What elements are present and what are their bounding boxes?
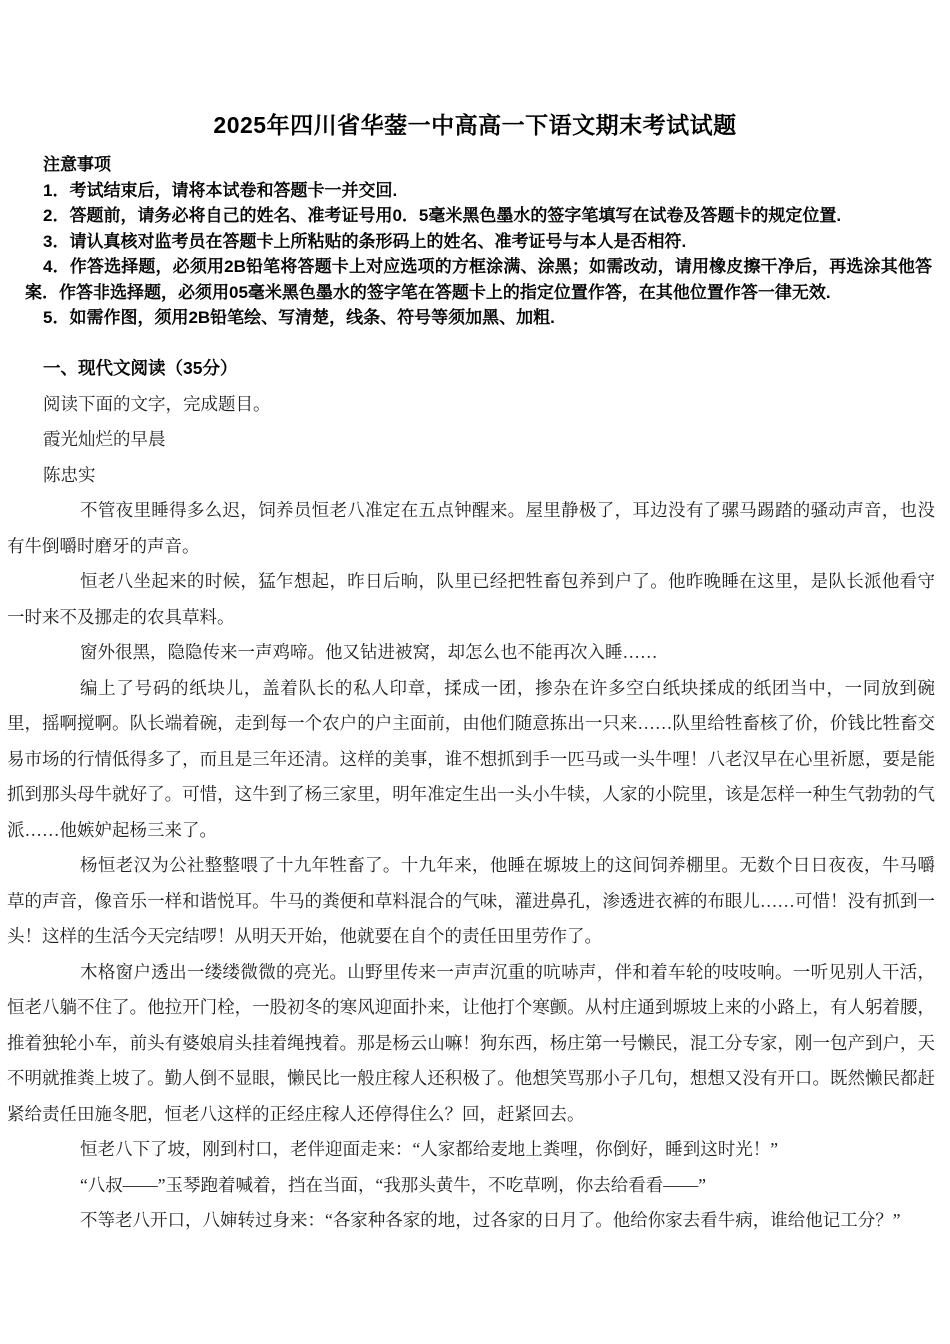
article-paragraph: 窗外很黑，隐隐传来一声鸡啼。他又钻进被窝，却怎么也不能再次入睡…… [7,635,935,671]
article-paragraph: 木格窗户透出一缕缕微微的亮光。山野里传来一声声沉重的吭哧声，伴和着车轮的吱吱响。… [7,955,935,1133]
page-title: 2025年四川省华蓥一中高高一下语文期末考试试题 [0,110,950,140]
article-paragraph: 恒老八下了坡，刚到村口，老伴迎面走来：“人家都给麦地上粪哩，你倒好，睡到这时光！… [7,1132,935,1168]
section-heading-modern-reading: 一、现代文阅读（35分） [43,355,932,381]
article-title: 霞光灿烂的早晨 [7,422,935,458]
article-paragraph: 不管夜里睡得多么迟，饲养员恒老八准定在五点钟醒来。屋里静极了，耳边没有了骡马踢踏… [7,493,935,564]
article-paragraph: 杨恒老汉为公社整整喂了十九年牲畜了。十九年来，他睡在塬坡上的这间饲养棚里。无数个… [7,848,935,955]
notice-item-5: 5．如需作图，须用2B铅笔绘、写清楚，线条、符号等须加黑、加粗. [25,305,932,331]
notice-section: 注意事项 1．考试结束后，请将本试卷和答题卡一并交回. 2．答题前，请务必将自己… [25,152,932,331]
notice-heading: 注意事项 [25,152,932,178]
notice-item-4: 4．作答选择题，必须用2B铅笔将答题卡上对应选项的方框涂满、涂黑；如需改动，请用… [25,254,932,305]
reading-instruction: 阅读下面的文字，完成题目。 [7,387,935,423]
article-paragraph: 不等老八开口，八婶转过身来：“各家种各家的地，过各家的日月了。他给你家去看牛病，… [7,1203,935,1239]
article-author: 陈忠实 [7,458,935,494]
article-paragraph: 恒老八坐起来的时候，猛乍想起，昨日后晌，队里已经把牲畜包养到户了。他昨晚睡在这里… [7,564,935,635]
notice-item-3: 3．请认真核对监考员在答题卡上所粘贴的条形码上的姓名、准考证号与本人是否相符. [25,229,932,255]
exam-paper-page: 2025年四川省华蓥一中高高一下语文期末考试试题 注意事项 1．考试结束后，请将… [0,0,950,1344]
article-paragraph: “八叔——”玉琴跑着喊着，挡在当面，“我那头黄牛，不吃草咧，你去给看看——” [7,1168,935,1204]
notice-item-1: 1．考试结束后，请将本试卷和答题卡一并交回. [25,178,932,204]
article-paragraph: 编上了号码的纸块儿，盖着队长的私人印章，揉成一团，掺杂在许多空白纸块揉成的纸团当… [7,671,935,849]
notice-item-2: 2．答题前，请务必将自己的姓名、准考证号用0．5毫米黑色墨水的签字笔填写在试卷及… [25,203,932,229]
reading-passage: 阅读下面的文字，完成题目。 霞光灿烂的早晨 陈忠实 不管夜里睡得多么迟，饲养员恒… [7,387,935,1239]
